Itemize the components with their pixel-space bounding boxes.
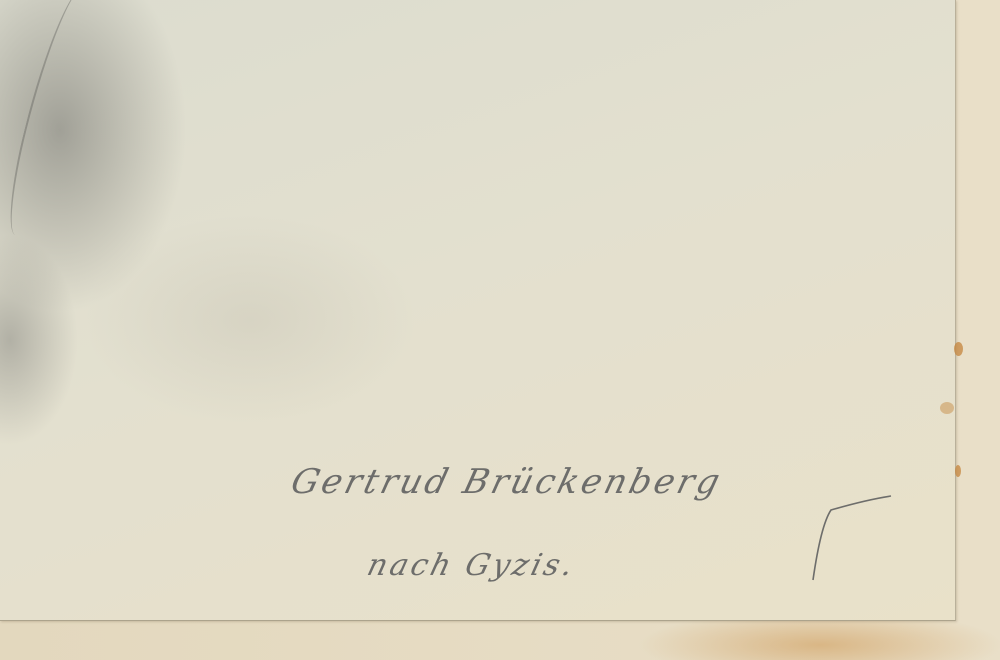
- foxing-spot: [955, 465, 961, 477]
- pencil-shading: [0, 0, 103, 241]
- inscription-line-2: nach Gyzis.: [364, 548, 580, 583]
- drawing-sheet: Gertrud Brückenberg nach Gyzis.: [0, 0, 956, 621]
- foxing-spot: [954, 342, 963, 356]
- foxing-spot: [940, 402, 954, 414]
- signature-flourish: [805, 492, 895, 582]
- inscription-line-1: Gertrud Brückenberg: [287, 462, 727, 502]
